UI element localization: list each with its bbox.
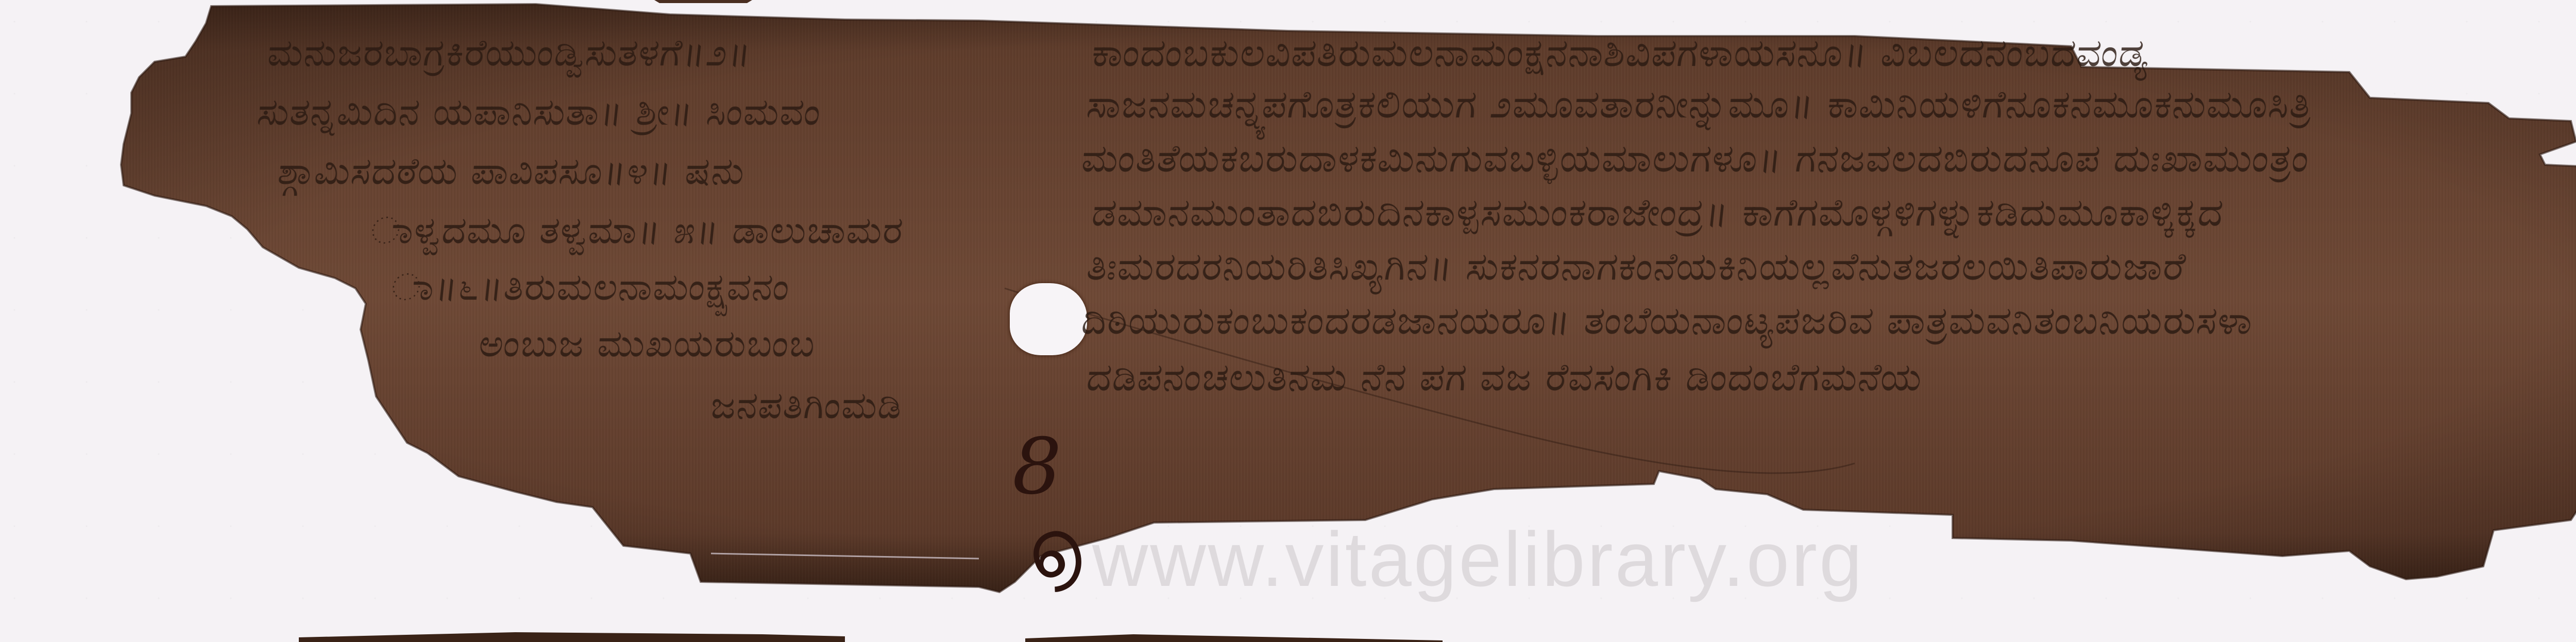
right-line-1: ಕಾಂದಂಬಕುಲವಿಪತಿರುಮಲನಾಮಂಕ್ಷನನಾಶಿವಿಪಗಳಾಯಸನೂ…	[1090, 31, 2152, 76]
left-line-4: ಾಳ್ವದಮೂ ತಳ್ವಮಾ॥ ೫॥ ಡಾಲುಚಾಮರ	[368, 209, 906, 253]
watermark: www.vitagelibrary.org	[1092, 515, 1864, 604]
adjacent-leaf-edge-middle	[1025, 634, 1443, 642]
left-line-1: ಮನುಜರಬಾಗ್ರಕಿರೆಯುಂಡ್ವಿಸುತಳಗೆ॥೨॥	[265, 31, 754, 75]
left-line-5: ಾ॥೬॥ತಿರುಮಲನಾಮಂಕ್ಷ್ಪವನಂ	[389, 265, 792, 309]
right-line-4: ಡಮಾನಮುಂತಾದಬಿರುದಿನಕಾಳ್ಪಸಮುಂಕರಾಜೇಂದ್ರ॥ ಕಾಗ…	[1090, 190, 2226, 235]
binding-hole	[1010, 283, 1087, 355]
right-line-5: ತಿಃಮರದರನಿಯರಿತಿಸಿಖ್ಯಗಿನ॥ ಸುಕನರನಾಗಕಂನೆಯಕಿನ…	[1084, 245, 2188, 289]
right-line-7: ದಡಿಪನಂಚಲುತಿನಮ ನೆನ ಪಗ ವಜ ರೆವಸಂಗಿಕಿ ಡಿಂದಂಬ…	[1084, 355, 1925, 400]
left-line-6: ಅಂಬುಜ ಮುಖಯರುಬಂಬ	[477, 322, 818, 366]
adjacent-leaf-edge-left	[299, 632, 845, 642]
left-line-7: ಜನಪತಿಗಿಂಮಡಿ	[708, 384, 905, 428]
left-line-2: ಸುತನ್ನಮಿದಿನ ಯಪಾನಿಸುತಾ॥ ಶ್ರೀ॥ ಸಿಂಮವಂ	[255, 90, 823, 134]
right-line-6: ದಿಠಿಯುರುಕಂಬುಕಂದರಡಜಾನಯರೂ॥ ತಂಬೆಯನಾಂಟ್ಯಪಜರಿ…	[1079, 299, 2256, 343]
adjacent-leaf-edge-top	[654, 0, 752, 3]
left-line-3: ಶ್ಗಾಮಿಸದಠೆಯ ಪಾವಿಪಸೂ॥೪॥ ಷನು	[276, 149, 748, 194]
right-line-3: ಮಂತಿತೆಯಕಬರುದಾಳಕಮಿನುಗುವಬಳ್ಳಿಯಮಾಲುಗಳೂ॥ ಗನಜ…	[1079, 136, 2312, 181]
right-line-2: ಸಾಜನಮಚನ್ನ್ಯಪಗೊತ್ರಕಲಿಯುಗ ೨ಮೂವತಾರನೀನ್ನುಮೂ॥…	[1084, 82, 2315, 127]
folio-number: 8	[1012, 422, 1061, 512]
